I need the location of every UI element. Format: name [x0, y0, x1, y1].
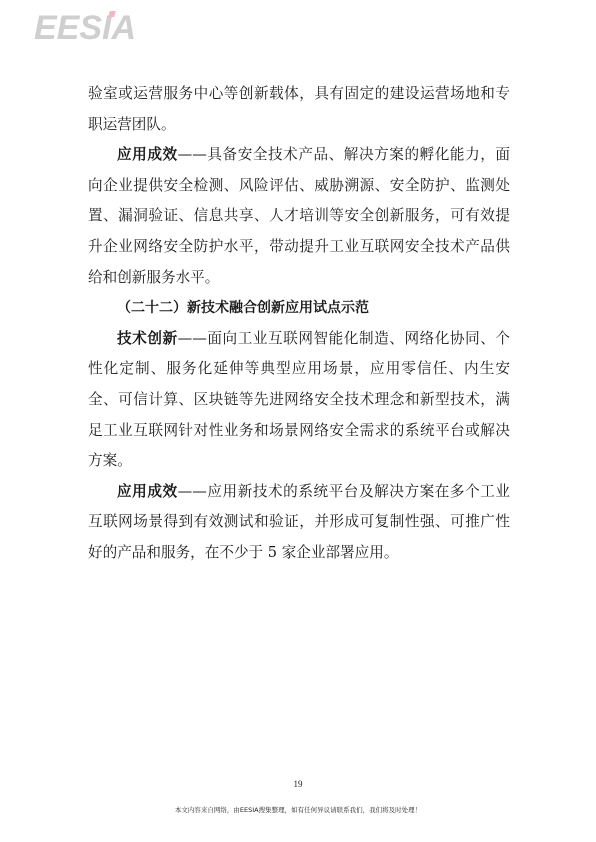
paragraph-continuation: 验室或运营服务中心等创新载体，具有固定的建设运营场地和专职运营团队。: [88, 79, 510, 140]
document-body: 验室或运营服务中心等创新载体，具有固定的建设运营场地和专职运营团队。 应用成效—…: [88, 79, 510, 569]
logo-text-part: EES: [34, 9, 102, 47]
logo-i-with-accent: I: [102, 8, 111, 48]
footer-disclaimer: 本文内容来自网络，由EESIA搜集整理，如有任何异议请联系我们，我们将及时处理！: [0, 805, 596, 814]
paragraph-label: 技术创新: [117, 330, 178, 347]
page-number: 19: [0, 779, 596, 789]
eesia-logo: EESIA: [34, 8, 136, 48]
paragraph-label: 应用成效: [117, 146, 178, 163]
paragraph-tech-innovation: 技术创新——面向工业互联网智能化制造、网络化协同、个性化定制、服务化延伸等典型应…: [88, 324, 510, 477]
paragraph-label: 应用成效: [117, 483, 178, 500]
logo-text-part: A: [112, 9, 137, 47]
section-heading: （二十二）新技术融合创新应用试点示范: [88, 293, 510, 324]
paragraph-text: ——具备安全技术产品、解决方案的孵化能力，面向企业提供安全检测、风险评估、威胁溯…: [88, 146, 510, 285]
paragraph-application-effect-1: 应用成效——具备安全技术产品、解决方案的孵化能力，面向企业提供安全检测、风险评估…: [88, 140, 510, 293]
paragraph-application-effect-2: 应用成效——应用新技术的系统平台及解决方案在多个工业互联网场景得到有效测试和验证…: [88, 477, 510, 569]
paragraph-text: ——面向工业互联网智能化制造、网络化协同、个性化定制、服务化延伸等典型应用场景，…: [88, 330, 510, 469]
